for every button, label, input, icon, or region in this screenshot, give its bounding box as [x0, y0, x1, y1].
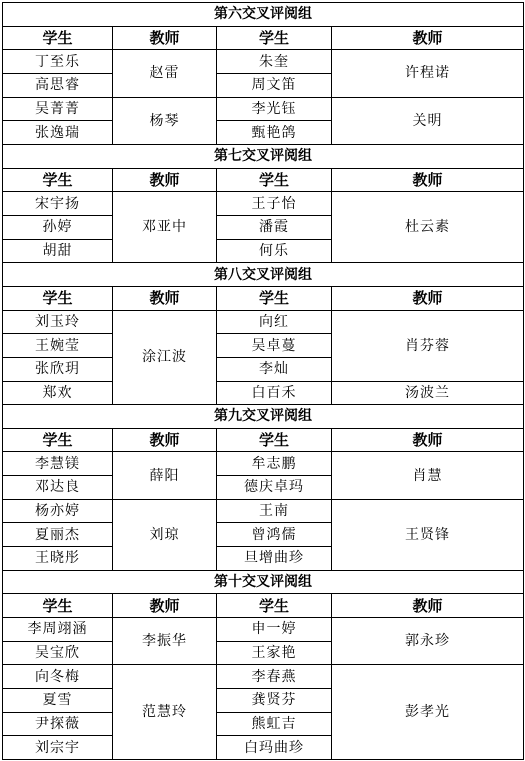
header-teacher: 教师 — [332, 286, 524, 310]
header-teacher: 教师 — [113, 428, 217, 452]
table-row: 李周翊涵 李振华 申一婷 郭永珍 — [3, 618, 524, 642]
student-cell: 申一婷 — [217, 618, 332, 642]
student-cell: 王晓彤 — [3, 547, 113, 571]
group-title-row: 第十交叉评阅组 — [3, 570, 524, 594]
student-cell: 朱奎 — [217, 50, 332, 74]
header-teacher: 教师 — [113, 286, 217, 310]
teacher-cell: 邓亚中 — [113, 192, 217, 263]
table-row: 杨亦婷 刘琼 王南 王贤锋 — [3, 499, 524, 523]
header-row: 学生 教师 学生 教师 — [3, 26, 524, 50]
student-cell: 李周翊涵 — [3, 618, 113, 642]
student-cell: 王婉莹 — [3, 334, 113, 358]
teacher-cell: 肖芬蓉 — [332, 310, 524, 381]
table-row: 刘玉玲 涂江波 向红 肖芬蓉 — [3, 310, 524, 334]
table-row: 丁至乐 赵雷 朱奎 许程诺 — [3, 50, 524, 74]
student-cell: 夏雪 — [3, 689, 113, 713]
student-cell: 吴卓蔓 — [217, 334, 332, 358]
header-teacher: 教师 — [113, 594, 217, 618]
group-title-row: 第六交叉评阅组 — [3, 3, 524, 27]
teacher-cell: 刘琼 — [113, 499, 217, 570]
teacher-cell: 彭孝光 — [332, 665, 524, 760]
header-teacher: 教师 — [332, 594, 524, 618]
student-cell: 刘宗宇 — [3, 736, 113, 760]
header-student: 学生 — [3, 26, 113, 50]
teacher-cell: 肖慧 — [332, 452, 524, 499]
table-row: 向冬梅 范慧玲 李春燕 彭孝光 — [3, 665, 524, 689]
student-cell: 张逸瑞 — [3, 121, 113, 145]
student-cell: 白玛曲珍 — [217, 736, 332, 760]
header-teacher: 教师 — [332, 26, 524, 50]
header-teacher: 教师 — [332, 168, 524, 192]
header-row: 学生 教师 学生 教师 — [3, 428, 524, 452]
student-cell: 王家艳 — [217, 641, 332, 665]
student-cell: 邓达良 — [3, 476, 113, 500]
teacher-cell: 杜云素 — [332, 192, 524, 263]
group-title: 第九交叉评阅组 — [3, 405, 524, 429]
header-student: 学生 — [3, 428, 113, 452]
header-student: 学生 — [3, 168, 113, 192]
header-student: 学生 — [217, 594, 332, 618]
student-cell: 李春燕 — [217, 665, 332, 689]
header-row: 学生 教师 学生 教师 — [3, 168, 524, 192]
student-cell: 张欣玥 — [3, 357, 113, 381]
group-title-row: 第八交叉评阅组 — [3, 263, 524, 287]
student-cell: 潘霞 — [217, 215, 332, 239]
teacher-cell: 涂江波 — [113, 310, 217, 405]
student-cell: 王子怡 — [217, 192, 332, 216]
teacher-cell: 郭永珍 — [332, 618, 524, 665]
teacher-cell: 薛阳 — [113, 452, 217, 499]
student-cell: 刘玉玲 — [3, 310, 113, 334]
teacher-cell: 王贤锋 — [332, 499, 524, 570]
student-cell: 尹探薇 — [3, 712, 113, 736]
teacher-cell: 关明 — [332, 97, 524, 144]
header-teacher: 教师 — [332, 428, 524, 452]
group-title: 第八交叉评阅组 — [3, 263, 524, 287]
group-title: 第六交叉评阅组 — [3, 3, 524, 27]
header-teacher: 教师 — [113, 26, 217, 50]
student-cell: 向冬梅 — [3, 665, 113, 689]
student-cell: 丁至乐 — [3, 50, 113, 74]
student-cell: 旦增曲珍 — [217, 547, 332, 571]
header-student: 学生 — [217, 286, 332, 310]
teacher-cell: 杨琴 — [113, 97, 217, 144]
header-row: 学生 教师 学生 教师 — [3, 286, 524, 310]
student-cell: 德庆卓玛 — [217, 476, 332, 500]
student-cell: 曾鸿儒 — [217, 523, 332, 547]
student-cell: 甄艳鸽 — [217, 121, 332, 145]
student-cell: 向红 — [217, 310, 332, 334]
header-row: 学生 教师 学生 教师 — [3, 594, 524, 618]
group-title: 第十交叉评阅组 — [3, 570, 524, 594]
student-cell: 吴宝欣 — [3, 641, 113, 665]
student-cell: 孙婷 — [3, 215, 113, 239]
group-title-row: 第七交叉评阅组 — [3, 144, 524, 168]
student-cell: 郑欢 — [3, 381, 113, 405]
student-cell: 高思睿 — [3, 73, 113, 97]
header-student: 学生 — [217, 428, 332, 452]
teacher-cell: 范慧玲 — [113, 665, 217, 760]
student-cell: 宋宇扬 — [3, 192, 113, 216]
teacher-cell: 李振华 — [113, 618, 217, 665]
header-student: 学生 — [217, 26, 332, 50]
student-cell: 牟志鹏 — [217, 452, 332, 476]
student-cell: 龚贤芬 — [217, 689, 332, 713]
teacher-cell: 许程诺 — [332, 50, 524, 97]
student-cell: 王南 — [217, 499, 332, 523]
student-cell: 杨亦婷 — [3, 499, 113, 523]
student-cell: 夏丽杰 — [3, 523, 113, 547]
header-student: 学生 — [3, 286, 113, 310]
header-student: 学生 — [3, 594, 113, 618]
student-cell: 周文笛 — [217, 73, 332, 97]
table-row: 郑欢 白百禾 汤波兰 — [3, 381, 524, 405]
student-cell: 胡甜 — [3, 239, 113, 263]
student-cell: 李灿 — [217, 357, 332, 381]
student-cell: 熊虹吉 — [217, 712, 332, 736]
header-student: 学生 — [217, 168, 332, 192]
student-cell: 何乐 — [217, 239, 332, 263]
group-title: 第七交叉评阅组 — [3, 144, 524, 168]
student-cell: 吴菁菁 — [3, 97, 113, 121]
table-row: 吴菁菁 杨琴 李光钰 关明 — [3, 97, 524, 121]
group-title-row: 第九交叉评阅组 — [3, 405, 524, 429]
student-cell: 白百禾 — [217, 381, 332, 405]
teacher-cell: 赵雷 — [113, 50, 217, 97]
table-row: 宋宇扬 邓亚中 王子怡 杜云素 — [3, 192, 524, 216]
student-cell: 李光钰 — [217, 97, 332, 121]
header-teacher: 教师 — [113, 168, 217, 192]
table-row: 李慧镁 薛阳 牟志鹏 肖慧 — [3, 452, 524, 476]
cross-review-table: 第六交叉评阅组 学生 教师 学生 教师 丁至乐 赵雷 朱奎 许程诺 高思睿 周文… — [2, 2, 524, 760]
student-cell: 李慧镁 — [3, 452, 113, 476]
teacher-cell: 汤波兰 — [332, 381, 524, 405]
